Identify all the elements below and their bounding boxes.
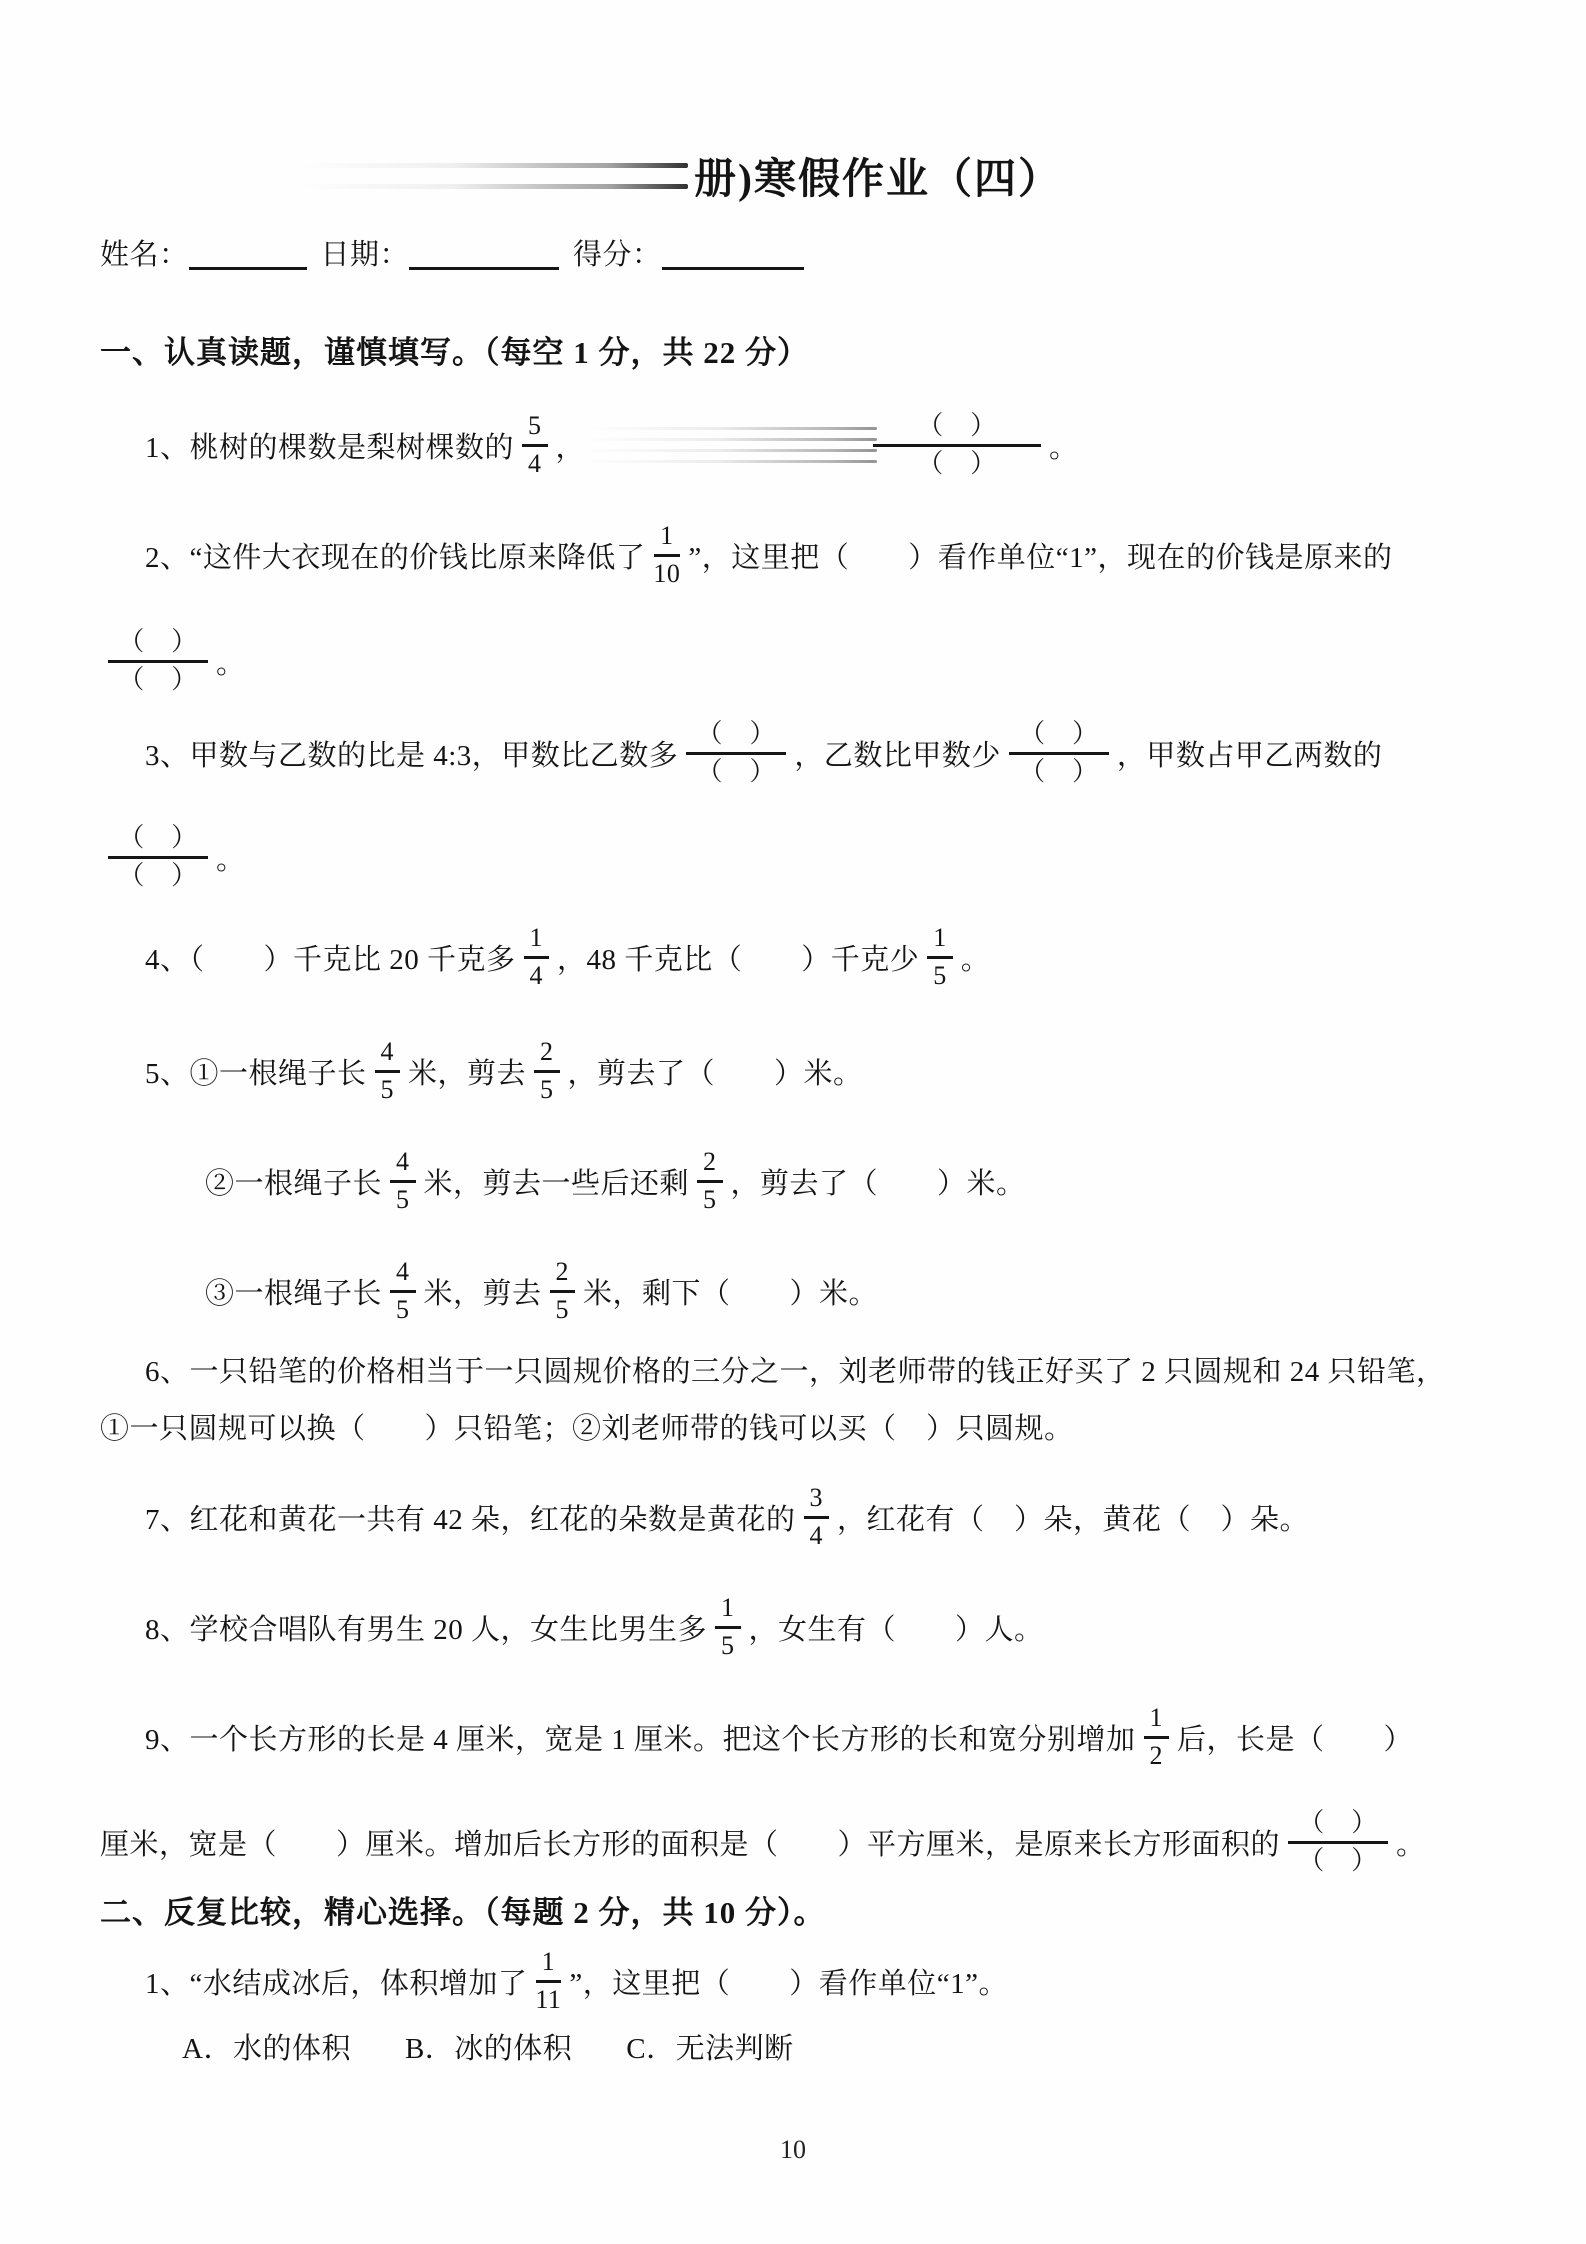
question-5-text: ②一根绳子长 (205, 1161, 382, 1202)
question-3-continued: （ ） （ ） 。 (100, 800, 246, 914)
question-1-text: 1、桃树的棵数是梨树棵数的 (145, 425, 514, 466)
answer-blank-fraction: （ ） （ ） (873, 412, 1041, 477)
answer-blank-fraction: （ ） （ ） (1009, 720, 1109, 785)
fraction-1-5: 1 5 (927, 924, 953, 989)
question-4-text: 4、（ ）千克比 20 千克多 (145, 937, 516, 978)
question-6: 6、一只铅笔的价格相当于一只圆规价格的三分之一，刘老师带的钱正好买了 2 只圆规… (145, 1345, 1446, 1393)
answer-blank-fraction: （ ） （ ） (108, 824, 208, 889)
blank-fraction-denominator: （ ） (108, 663, 208, 694)
question-5-part2: ②一根绳子长 4 5 米，剪去一些后还剩 2 5 ，剪去了（ ）米。 (205, 1122, 1026, 1240)
question-9-text: 9、一个长方形的长是 4 厘米，宽是 1 厘米。把这个长方形的长和宽分别增加 (145, 1717, 1136, 1758)
question-9-text: 后，长是（ ） (1177, 1717, 1413, 1758)
fraction-numerator: 2 (550, 1258, 576, 1292)
answer-blank-fraction: （ ） （ ） (686, 720, 786, 785)
fraction-numerator: 1 (927, 924, 953, 958)
fraction-denominator: 4 (530, 959, 544, 990)
fraction-2-5: 2 5 (550, 1258, 576, 1323)
page-number-row: 10 (0, 2130, 1586, 2170)
fraction-denominator: 5 (540, 1073, 554, 1104)
blurred-text-streak (585, 427, 877, 463)
fraction-denominator: 5 (381, 1073, 395, 1104)
fraction-numerator: 4 (390, 1148, 416, 1182)
question-4-text: ，48 千克比（ ）千克少 (557, 937, 919, 978)
question-4-period: 。 (961, 937, 991, 978)
fraction-3-4: 3 4 (804, 1484, 830, 1549)
blank-fraction-numerator: （ ） (873, 412, 1041, 446)
answer-blank-fraction: （ ） （ ） (1288, 1809, 1388, 1874)
question-5-text: 米，剪去 (408, 1051, 526, 1092)
question-5-text: 5、①一根绳子长 (145, 1051, 367, 1092)
blank-fraction-numerator: （ ） (686, 720, 786, 754)
header-fields-row: 姓名： 日期： 得分： (100, 228, 804, 276)
question-2-text: ”，这里把（ ）看作单位“1”，现在的价钱是原来的 (688, 535, 1392, 576)
question-4: 4、（ ）千克比 20 千克多 1 4 ，48 千克比（ ）千克少 1 5 。 (145, 898, 990, 1016)
page-number: 10 (780, 2135, 806, 2165)
choice-b: B．冰的体积 (405, 2026, 572, 2067)
question-2-text: 2、“这件大衣现在的价钱比原来降低了 (145, 535, 645, 576)
question-7-text: 7、红花和黄花一共有 42 朵，红花的朵数是黄花的 (145, 1497, 796, 1538)
question-5-text: 米，剪去 (424, 1271, 542, 1312)
fraction-2-5: 2 5 (697, 1148, 723, 1213)
blank-fraction-denominator: （ ） (108, 859, 208, 890)
page-title: 册)寒假作业（四） (694, 146, 1062, 206)
score-blank (662, 234, 804, 270)
question-1-comma: ， (556, 425, 586, 466)
section2-question-1-text: ”，这里把（ ）看作单位“1”。 (569, 1961, 1008, 2002)
fraction-denominator: 4 (810, 1519, 824, 1550)
question-5-text: ，剪去了（ ）米。 (568, 1051, 863, 1092)
question-9: 9、一个长方形的长是 4 厘米，宽是 1 厘米。把这个长方形的长和宽分别增加 1… (145, 1678, 1413, 1796)
question-3: 3、甲数与乙数的比是 4:3，甲数比乙数多 （ ） （ ） ，乙数比甲数少 （ … (145, 694, 1382, 812)
fraction-denominator: 5 (933, 959, 947, 990)
question-3-text: 3、甲数与乙数的比是 4:3，甲数比乙数多 (145, 733, 678, 774)
name-blank (189, 234, 307, 270)
question-3-text: ，乙数比甲数少 (794, 733, 1001, 774)
question-8: 8、学校合唱队有男生 20 人，女生比男生多 1 5 ，女生有（ ）人。 (145, 1568, 1044, 1686)
section1-heading-row: 一、认真读题，谨慎填写。（每空 1 分，共 22 分） (100, 326, 809, 372)
fraction-denominator: 5 (396, 1293, 410, 1324)
fraction-numerator: 4 (375, 1038, 401, 1072)
question-6-text: 6、一只铅笔的价格相当于一只圆规价格的三分之一，刘老师带的钱正好买了 2 只圆规… (145, 1349, 1446, 1390)
fraction-5-4: 5 4 (522, 412, 548, 477)
question-7: 7、红花和黄花一共有 42 朵，红花的朵数是黄花的 3 4 ，红花有（ ）朵，黄… (145, 1458, 1309, 1576)
question-2-period: 。 (216, 641, 246, 682)
date-label: 日期： (321, 232, 410, 273)
title-row: 册)寒假作业（四） (300, 136, 1062, 216)
blurred-text-streak (300, 163, 688, 189)
fraction-denominator: 2 (1150, 1739, 1164, 1770)
question-3-period: 。 (216, 837, 246, 878)
fraction-numerator: 1 (715, 1594, 741, 1628)
question-5-part1: 5、①一根绳子长 4 5 米，剪去 2 5 ，剪去了（ ）米。 (145, 1012, 863, 1130)
name-label: 姓名： (100, 232, 189, 273)
fraction-denominator: 5 (396, 1183, 410, 1214)
worksheet-page: 册)寒假作业（四） 姓名： 日期： 得分： 一、认真读题，谨慎填写。（每空 1 … (0, 0, 1586, 2244)
blank-fraction-denominator: （ ） (1009, 755, 1109, 786)
fraction-numerator: 1 (654, 522, 680, 556)
question-5-text: 米，剩下（ ）米。 (583, 1271, 878, 1312)
fraction-denominator: 10 (653, 557, 680, 588)
section2-question-1-text: 1、“水结成冰后，体积增加了 (145, 1961, 527, 2002)
fraction-4-5: 4 5 (390, 1148, 416, 1213)
question-9-period: 。 (1396, 1822, 1426, 1863)
fraction-4-5: 4 5 (390, 1258, 416, 1323)
fraction-numerator: 2 (697, 1148, 723, 1182)
blank-fraction-numerator: （ ） (1009, 720, 1109, 754)
question-6-text: ①一只圆规可以换（ ）只铅笔；②刘老师带的钱可以买（ ）只圆规。 (100, 1406, 1074, 1447)
question-5-text: 米，剪去一些后还剩 (424, 1161, 690, 1202)
question-3-text: ，甲数占甲乙两数的 (1117, 733, 1383, 774)
fraction-denominator: 5 (721, 1629, 735, 1660)
question-5-part3: ③一根绳子长 4 5 米，剪去 2 5 米，剩下（ ）米。 (205, 1232, 878, 1350)
fraction-2-5: 2 5 (534, 1038, 560, 1103)
fraction-denominator: 5 (703, 1183, 717, 1214)
fraction-denominator: 11 (535, 1983, 561, 2014)
blank-fraction-denominator: （ ） (873, 447, 1041, 478)
question-8-text: 8、学校合唱队有男生 20 人，女生比男生多 (145, 1607, 707, 1648)
date-blank (409, 234, 559, 270)
question-5-text: ③一根绳子长 (205, 1271, 382, 1312)
answer-blank-fraction: （ ） （ ） (108, 628, 208, 693)
question-6-continued: ①一只圆规可以换（ ）只铅笔；②刘老师带的钱可以买（ ）只圆规。 (100, 1402, 1074, 1450)
blank-fraction-denominator: （ ） (686, 755, 786, 786)
fraction-1-10: 1 10 (653, 522, 680, 587)
score-label: 得分： (573, 232, 662, 273)
blank-fraction-numerator: （ ） (1288, 1809, 1388, 1843)
fraction-numerator: 2 (534, 1038, 560, 1072)
section1-heading: 一、认真读题，谨慎填写。（每空 1 分，共 22 分） (100, 327, 809, 372)
fraction-numerator: 1 (1144, 1704, 1170, 1738)
fraction-numerator: 5 (522, 412, 548, 446)
question-2: 2、“这件大衣现在的价钱比原来降低了 1 10 ”，这里把（ ）看作单位“1”，… (145, 498, 1393, 612)
fraction-numerator: 1 (524, 924, 550, 958)
fraction-1-4: 1 4 (524, 924, 550, 989)
fraction-1-2: 1 2 (1144, 1704, 1170, 1769)
fraction-numerator: 3 (804, 1484, 830, 1518)
choices-row: A．水的体积 B．冰的体积 C．无法判断 (182, 2022, 794, 2070)
question-1: 1、桃树的棵数是梨树棵数的 5 4 ， （ ） （ ） 。 (145, 388, 1079, 502)
fraction-1-5: 1 5 (715, 1594, 741, 1659)
fraction-denominator: 4 (528, 447, 542, 478)
question-8-text: ，女生有（ ）人。 (749, 1607, 1044, 1648)
blank-fraction-numerator: （ ） (108, 628, 208, 662)
question-1-period: 。 (1049, 425, 1079, 466)
fraction-numerator: 1 (536, 1948, 562, 1982)
question-9-text: 厘米，宽是（ ）厘米。增加后长方形的面积是（ ）平方厘米，是原来长方形面积的 (100, 1822, 1280, 1863)
blank-fraction-numerator: （ ） (108, 824, 208, 858)
fraction-denominator: 5 (556, 1293, 570, 1324)
fraction-1-11: 1 11 (535, 1948, 561, 2013)
choice-c: C．无法判断 (626, 2026, 793, 2067)
question-9-continued: 厘米，宽是（ ）厘米。增加后长方形的面积是（ ）平方厘米，是原来长方形面积的 （… (100, 1786, 1426, 1898)
question-5-text: ，剪去了（ ）米。 (731, 1161, 1026, 1202)
blank-fraction-denominator: （ ） (1288, 1844, 1388, 1875)
choice-a: A．水的体积 (182, 2026, 351, 2067)
question-7-text: ，红花有（ ）朵，黄花（ ）朵。 (837, 1497, 1309, 1538)
fraction-numerator: 4 (390, 1258, 416, 1292)
fraction-4-5: 4 5 (375, 1038, 401, 1103)
